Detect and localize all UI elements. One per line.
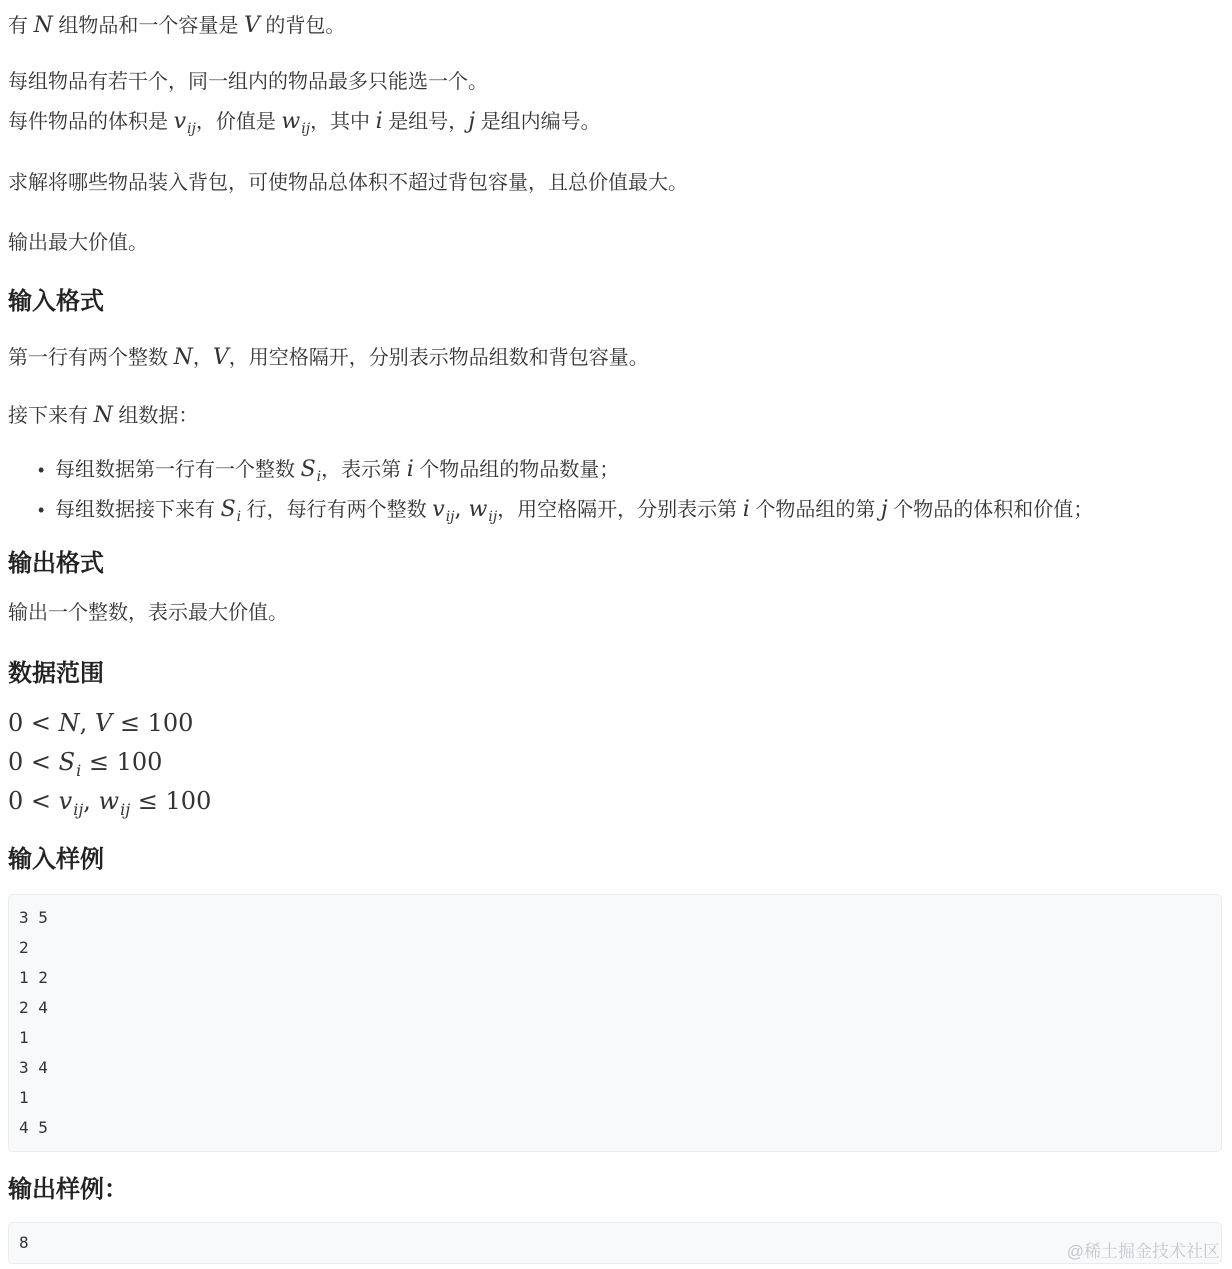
math-comma: , [83, 787, 98, 815]
sample-output-code-block: 8 [8, 1222, 1222, 1264]
data-range-heading: 数据范围 [8, 660, 1222, 688]
math-text: 0 < [8, 787, 59, 815]
math-var: V [95, 709, 112, 737]
text-run: ，用空格隔开，分别表示第 [497, 499, 743, 521]
text-run: 第一行有两个整数 [8, 347, 174, 369]
data-range-line: 0 < Si ≤ 100 [8, 743, 1222, 782]
math-var: V [244, 13, 260, 38]
code-line: 3 4 [19, 1053, 1211, 1083]
math-comma: , [80, 709, 95, 737]
math-comma: , [455, 497, 469, 522]
input-format-paragraph-2: 接下来有 N 组数据： [8, 396, 1222, 436]
code-line: 8 [19, 1231, 1211, 1255]
text-run: 个物品的体积和价值； [888, 499, 1094, 521]
text-run: 是组号， [383, 111, 469, 133]
code-line: 2 [19, 933, 1211, 963]
code-line: 1 2 [19, 963, 1211, 993]
input-format-paragraph-1: 第一行有两个整数 N，V，用空格隔开，分别表示物品组数和背包容量。 [8, 338, 1222, 378]
code-line: 1 [19, 1083, 1211, 1113]
math-var: V [213, 345, 229, 370]
math-subscript: ij [73, 800, 83, 819]
math-var: N [94, 403, 113, 428]
output-format-paragraph: 输出一个整数，表示最大价值。 [8, 598, 1222, 628]
text-run: 的背包。 [260, 15, 346, 37]
text-run: ，其中 [310, 111, 376, 133]
math-var: N [174, 345, 193, 370]
math-var: i [407, 457, 414, 482]
text-run: 组数据： [113, 405, 199, 427]
text-run: ， [193, 347, 213, 369]
math-var: N [59, 709, 80, 737]
math-var: w [469, 497, 488, 522]
math-subscript: ij [187, 121, 196, 137]
text-run: 每组物品有若干个，同一组内的物品最多只能选一个。 [8, 71, 488, 93]
text-run: ，表示第 [321, 459, 407, 481]
code-line: 4 5 [19, 1113, 1211, 1143]
output-format-heading: 输出格式 [8, 550, 1222, 578]
text-run: 是组内编号。 [475, 111, 601, 133]
sample-input-code-block: 3 5 2 1 2 2 4 1 3 4 1 4 5 [8, 894, 1222, 1152]
math-subscript: ij [488, 509, 497, 525]
goal-paragraph: 求解将哪些物品装入背包，可使物品总体积不超过背包容量，且总价值最大。 [8, 168, 1222, 198]
math-var: i [376, 109, 383, 134]
text-run: 每组数据接下来有 [55, 499, 221, 521]
text-run: 个物品组的第 [750, 499, 881, 521]
math-subscript: ij [301, 121, 310, 137]
math-text: ≤ 100 [81, 748, 162, 776]
sample-input-heading: 输入样例 [8, 846, 1222, 874]
text-run: 有 [8, 15, 34, 37]
data-range-line: 0 < vij, wij ≤ 100 [8, 782, 1222, 821]
math-var: S [221, 497, 236, 522]
text-run: 求解将哪些物品装入背包，可使物品总体积不超过背包容量，且总价值最大。 [8, 172, 688, 194]
math-subscript: ij [446, 509, 455, 525]
text-run: 组物品和一个容量是 [53, 15, 244, 37]
text-run: 个物品组的物品数量； [414, 459, 620, 481]
text-run: 输出最大价值。 [8, 232, 148, 254]
math-var: w [99, 787, 120, 815]
text-run: 输出一个整数，表示最大价值。 [8, 602, 288, 624]
text-run: ，价值是 [196, 111, 282, 133]
data-range-block: 0 < N, V ≤ 100 0 < Si ≤ 100 0 < vij, wij… [8, 704, 1222, 821]
list-item: 每组数据第一行有一个整数 Si，表示第 i 个物品组的物品数量； [38, 450, 1222, 490]
math-var: S [301, 457, 316, 482]
input-format-heading: 输入格式 [8, 288, 1222, 316]
math-text: ≤ 100 [112, 709, 193, 737]
items-description-paragraph: 每组物品有若干个，同一组内的物品最多只能选一个。每件物品的体积是 vij，价值是… [8, 62, 1222, 142]
math-text: 0 < [8, 709, 59, 737]
data-range-line: 0 < N, V ≤ 100 [8, 704, 1222, 743]
math-var: v [432, 497, 444, 522]
intro-paragraph: 有 N 组物品和一个容量是 V 的背包。 [8, 6, 1222, 46]
output-note-paragraph: 输出最大价值。 [8, 228, 1222, 258]
math-var: S [59, 748, 75, 776]
text-run: 每件物品的体积是 [8, 111, 174, 133]
math-var: j [881, 497, 888, 522]
code-line: 1 [19, 1023, 1211, 1053]
text-run: 接下来有 [8, 405, 94, 427]
text-run: 每组数据第一行有一个整数 [55, 459, 301, 481]
juejin-watermark: @稀土掘金技术社区 [1067, 1237, 1220, 1262]
math-var: i [743, 497, 750, 522]
list-item: 每组数据接下来有 Si 行，每行有两个整数 vij, wij，用空格隔开，分别表… [38, 490, 1222, 530]
math-var: N [34, 13, 53, 38]
text-run: ，用空格隔开，分别表示物品组数和背包容量。 [229, 347, 649, 369]
math-subscript: ij [120, 800, 130, 819]
code-line: 2 4 [19, 993, 1211, 1023]
math-var: v [174, 109, 186, 134]
code-line: 3 5 [19, 903, 1211, 933]
math-text: ≤ 100 [130, 787, 211, 815]
input-format-list: 每组数据第一行有一个整数 Si，表示第 i 个物品组的物品数量； 每组数据接下来… [8, 450, 1222, 530]
math-var: w [281, 109, 300, 134]
sample-output-heading: 输出样例： [8, 1176, 1222, 1204]
math-text: 0 < [8, 748, 59, 776]
text-run: 行，每行有两个整数 [241, 499, 432, 521]
math-var: v [59, 787, 73, 815]
